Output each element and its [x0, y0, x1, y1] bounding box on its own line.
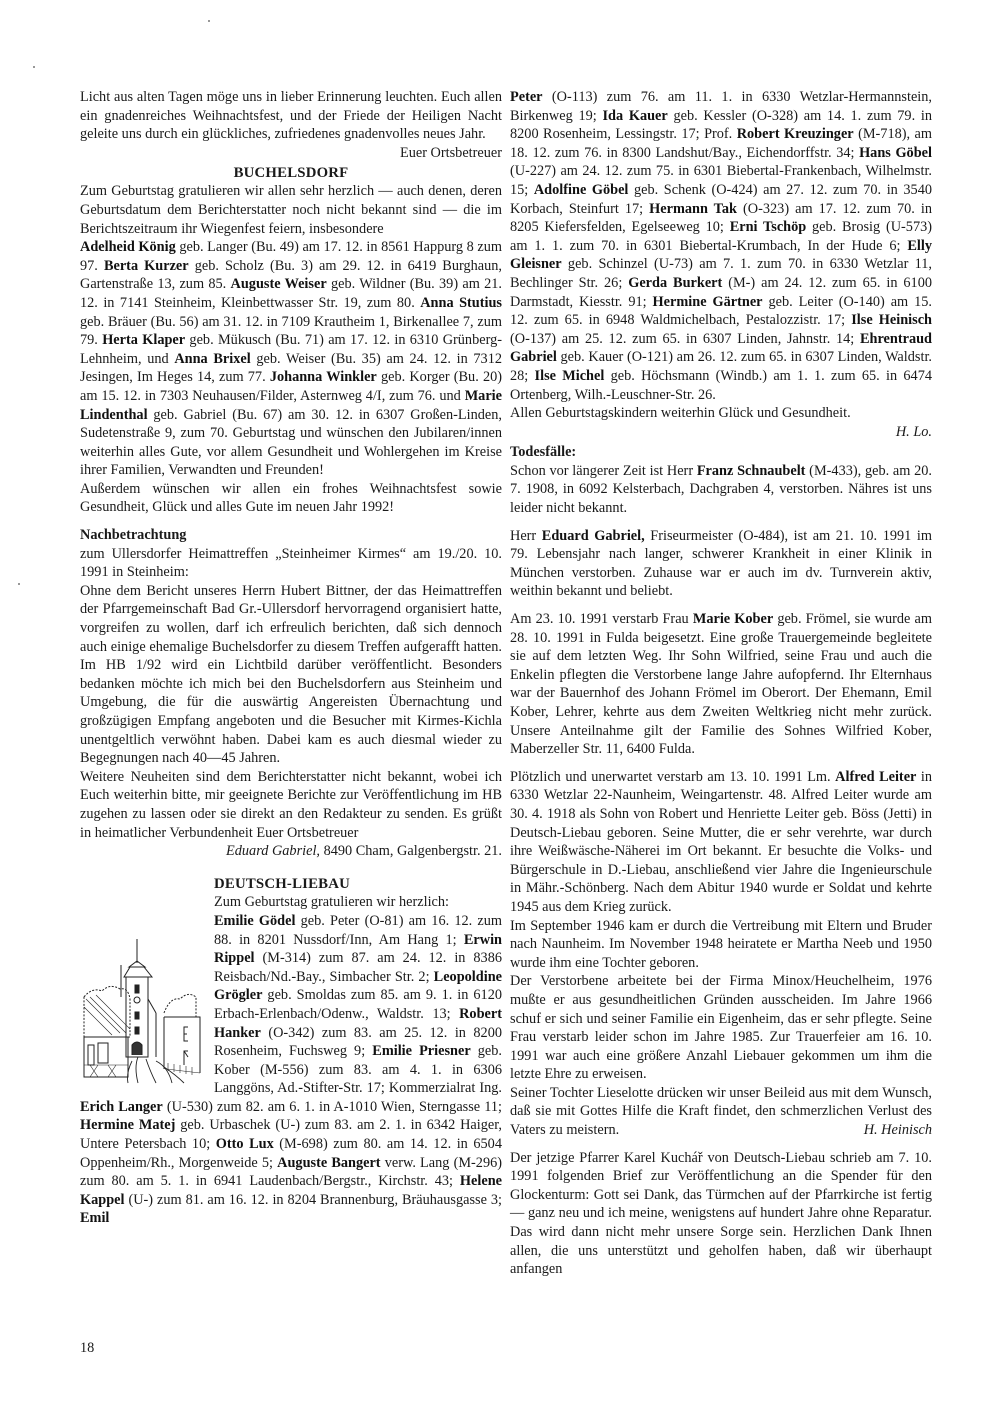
death-notice-kober: Am 23. 10. 1991 verstarb Frau Marie Kobe…	[510, 610, 932, 759]
page-number: 18	[80, 1340, 94, 1357]
leiter-signature: H. Heinisch	[864, 1121, 932, 1140]
death-notice-schnaubelt: Schon vor längerer Zeit ist Herr Franz S…	[510, 462, 932, 518]
person-name: Berta Kurzer	[104, 258, 189, 274]
birthdays-continued: Peter (O-113) zum 76. am 11. 1. in 6330 …	[510, 88, 932, 404]
person-name: Hermine Matej	[80, 1117, 175, 1133]
person-name: Auguste Weiser	[231, 276, 327, 292]
birthday-entry: (U-) zum 81. am 16. 12. in 8204 Brannenb…	[125, 1192, 503, 1208]
person-name: Ilse Heinisch	[851, 312, 932, 328]
scan-speck	[33, 66, 35, 68]
person-name: Erni Tschöp	[730, 219, 807, 235]
intro-text: Licht aus alten Tagen möge uns in lieber…	[80, 89, 502, 142]
birthday-closing: Allen Geburtstagskindern weiterhin Glück…	[510, 404, 932, 423]
person-name: Peter	[510, 89, 543, 105]
death-notice-gabriel: Herr Eduard Gabriel, Friseurmeister (O-4…	[510, 527, 932, 601]
person-name: Emilie Gödel	[214, 913, 295, 929]
person-name: Auguste Bangert	[277, 1155, 380, 1171]
birthday-closing-signature: H. Lo.	[510, 423, 932, 442]
person-name: Franz Schnaubelt	[697, 463, 806, 479]
section-heading-deutsch-liebau: DEUTSCH-LIEBAU	[214, 875, 502, 894]
person-name: Eduard Gabriel,	[542, 528, 645, 544]
person-name: Emil	[80, 1210, 109, 1226]
person-name: Alfred Leiter	[835, 769, 916, 785]
person-name: Hans Göbel	[859, 145, 932, 161]
nachbetrachtung-signature: Eduard Gabriel, 8490 Cham, Galgenbergstr…	[80, 842, 502, 861]
nachbetrachtung-subtitle: zum Ullersdorfer Heimattreffen „Steinhei…	[80, 545, 502, 582]
person-name: Anna Brixel	[174, 351, 250, 367]
person-name: Otto Lux	[216, 1136, 274, 1152]
person-name: Anna Stutius	[420, 295, 502, 311]
signature-name: Eduard Gabriel,	[226, 843, 320, 859]
deutsch-liebau-section: DEUTSCH-LIEBAU	[80, 875, 502, 1228]
person-name: Adolfine Göbel	[534, 182, 629, 198]
deaths-heading: Todesfälle:	[510, 443, 932, 462]
notice-text: Plötzlich und unerwartet verstarb am 13.…	[510, 769, 835, 785]
person-name: Adelheid König	[80, 239, 176, 255]
scan-speck	[208, 20, 210, 22]
intro-signature: Euer Ortsbetreuer	[400, 144, 502, 163]
nachbetrachtung-closing: Weitere Neuheiten sind dem Berichterstat…	[80, 768, 502, 842]
nachbetrachtung-heading: Nachbetrachtung	[80, 526, 502, 545]
section-heading-buchelsdorf: BUCHELSDORF	[80, 164, 502, 183]
person-name: Johanna Winkler	[270, 369, 377, 385]
person-name: Ilse Michel	[535, 368, 605, 384]
buchelsdorf-intro: Zum Geburtstag gratulieren wir allen seh…	[80, 182, 502, 238]
notice-text: geb. Frömel, sie wurde am 28. 10. 1991 i…	[510, 611, 932, 757]
person-name: Marie Kober	[693, 611, 773, 627]
pfarrer-letter: Der jetzige Pfarrer Karel Kuchář von Deu…	[510, 1149, 932, 1279]
notice-text: Schon vor längerer Zeit ist Herr	[510, 463, 697, 479]
person-name: Ida Kauer	[602, 108, 667, 124]
notice-text: in 6330 Wetzlar 22-Naunheim, Weingartens…	[510, 769, 932, 915]
death-notice-leiter-p4: Seiner Tochter Lieselotte drücken wir un…	[510, 1084, 932, 1140]
buchelsdorf-wishes: Außerdem wünschen wir allen ein frohes W…	[80, 480, 502, 517]
birthday-entry: (U-530) zum 82. am 6. 1. in A-1010 Wien,…	[163, 1099, 502, 1115]
person-name: Gerda Burkert	[628, 275, 722, 291]
scan-speck	[18, 583, 20, 585]
buchelsdorf-birthdays: Adelheid König geb. Langer (Bu. 49) am 1…	[80, 238, 502, 480]
notice-text: Am 23. 10. 1991 verstarb Frau	[510, 611, 693, 627]
person-name: Erich Langer	[80, 1099, 163, 1115]
death-notice-leiter-p3: Der Verstorbene arbeitete bei der Firma …	[510, 972, 932, 1084]
person-name: Hermann Tak	[649, 201, 737, 217]
person-name: Herta Klaper	[102, 332, 185, 348]
intro-paragraph: Licht aus alten Tagen möge uns in lieber…	[80, 88, 502, 144]
left-column: Licht aus alten Tagen möge uns in lieber…	[80, 88, 502, 1228]
person-name: Emilie Priesner	[372, 1043, 470, 1059]
person-name: Hermine Gärtner	[653, 294, 763, 310]
notice-text: Herr	[510, 528, 542, 544]
signature-address: 8490 Cham, Galgenbergstr. 21.	[320, 843, 502, 859]
right-column: Peter (O-113) zum 76. am 11. 1. in 6330 …	[510, 88, 932, 1279]
birthday-entry: (O-137) am 25. 12. zum 65. in 6307 Linde…	[510, 331, 860, 347]
person-name: Robert Kreuzinger	[737, 126, 854, 142]
church-illustration-icon	[80, 937, 204, 1085]
deutsch-liebau-intro: Zum Geburtstag gratulieren wir herzlich:	[214, 893, 502, 912]
nachbetrachtung-body: Ohne dem Bericht unseres Herrn Hubert Bi…	[80, 582, 502, 768]
death-notice-leiter: Plötzlich und unerwartet verstarb am 13.…	[510, 768, 932, 917]
death-notice-leiter-p2: Im September 1946 kam er durch die Vertr…	[510, 917, 932, 973]
